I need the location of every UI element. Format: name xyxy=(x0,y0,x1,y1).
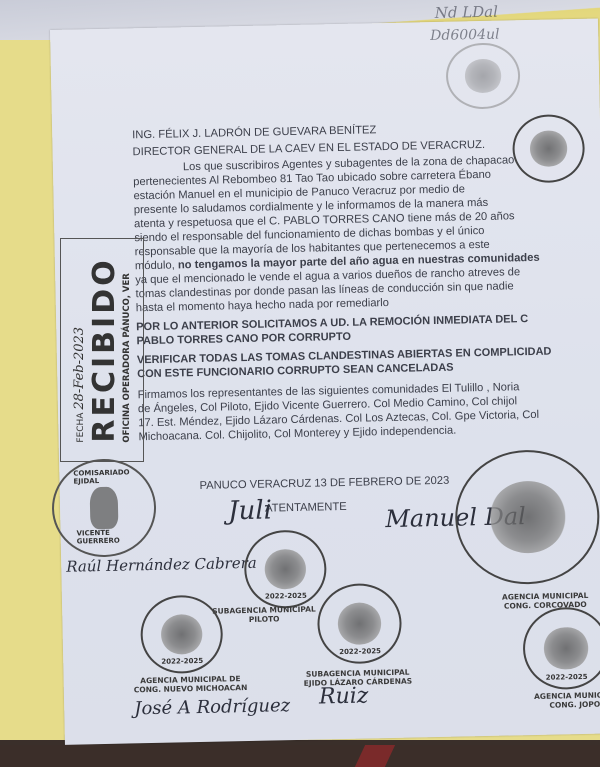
handwritten-note-2: Dd6004ul xyxy=(430,27,500,44)
date-value: 28-Feb-2023 xyxy=(72,327,87,410)
stamp-text: COMISARIADO EJIDAL xyxy=(73,468,153,486)
received-date: FECHA 28-Feb-2023 xyxy=(72,257,87,442)
stamp-year: 2022-2025 xyxy=(247,591,325,601)
caption-line: CONG. NUEVO MICHOACAN xyxy=(134,683,248,694)
floor-background xyxy=(0,745,600,767)
caption-line: CONG. JOPOY xyxy=(534,699,600,710)
ayuntamiento-stamp: 2022-2025 xyxy=(244,529,328,609)
ayuntamiento-stamp: 2022-2025 xyxy=(140,595,224,675)
caption-piloto: SUBAGENCIA MUNICIPALPILOTO xyxy=(212,605,316,625)
received-stamp: FECHA 28-Feb-2023 RECIBIDO OFICINA OPERA… xyxy=(60,238,144,462)
signature-center-top: Juli xyxy=(228,495,272,526)
closing: ATENTAMENTE xyxy=(265,500,347,516)
signature-comisariado: Raúl Hernández Cabrera xyxy=(66,554,257,576)
caption-jopoy: AGENCIA MUNICIPALCONG. JOPOY xyxy=(534,690,600,710)
ayuntamiento-stamp-large xyxy=(454,449,600,586)
stamp-year: 2022-2025 xyxy=(320,647,400,657)
handwritten-note-1: Nd LDal xyxy=(435,3,499,22)
stamp-year: 2022-2025 xyxy=(526,672,600,682)
faded-top-stamp xyxy=(445,42,520,110)
date-label: FECHA xyxy=(76,413,86,443)
caption-nuevo: AGENCIA MUNICIPAL DECONG. NUEVO MICHOACA… xyxy=(134,674,248,694)
stamp-year: 2022-2025 xyxy=(143,657,221,667)
ayuntamiento-stamp: 2022-2025 xyxy=(317,583,403,665)
received-stamp-content: FECHA 28-Feb-2023 RECIBIDO OFICINA OPERA… xyxy=(72,257,132,442)
portrait-icon xyxy=(90,487,119,530)
signature-lazaro: Ruiz xyxy=(319,683,369,709)
place-date: PANUCO VERACRUZ 13 DE FEBRERO DE 2023 xyxy=(199,474,449,493)
ayuntamiento-stamp: 2022-2025 xyxy=(522,606,600,690)
signature-nuevo: José A Rodríguez xyxy=(134,695,290,719)
received-office: OFICINA OPERADORA PÁNUCO, VER xyxy=(122,257,132,442)
recipient-name: ING. FÉLIX J. LADRÓN DE GUEVARA BENÍTEZ xyxy=(132,123,376,142)
received-label: RECIBIDO xyxy=(87,257,122,442)
ayuntamiento-stamp-header xyxy=(512,114,585,183)
comisariado-ejidal-stamp: COMISARIADO EJIDAL VICENTE GUERRERO xyxy=(51,458,157,558)
stamp-text: VICENTE GUERRERO xyxy=(76,528,154,546)
